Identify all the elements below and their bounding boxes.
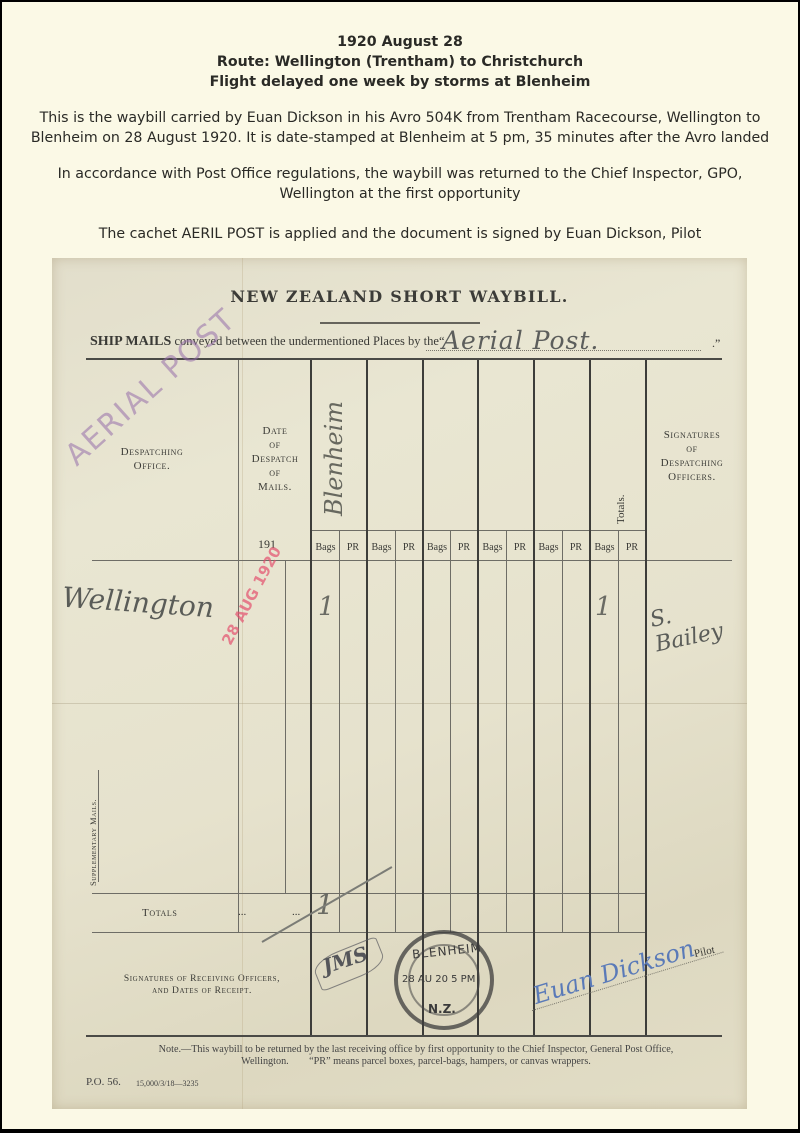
subheader-bags-5: Bags bbox=[535, 542, 562, 553]
totals-dots-1: ... bbox=[238, 906, 246, 918]
entry-office-handwritten: Wellington bbox=[61, 581, 215, 625]
caption-paragraph3: The cachet AERIL POST is applied and the… bbox=[2, 224, 798, 244]
bags-pr-divider-2 bbox=[395, 530, 396, 932]
bags-pr-divider-4 bbox=[506, 530, 507, 932]
postmark-date: 28 AU 20 5 PM bbox=[402, 974, 475, 985]
caption-date-heading: 1920 August 28 bbox=[2, 32, 798, 52]
blenheim-postmark: BLENHEIM 28 AU 20 5 PM N.Z. bbox=[394, 930, 494, 1030]
date-column-divider bbox=[285, 560, 286, 893]
date-column-left-rule bbox=[238, 360, 239, 933]
totals-top-rule bbox=[92, 893, 647, 894]
footer-note-line2: Wellington. “PR” means parcel boxes, par… bbox=[86, 1056, 746, 1068]
album-page: 1920 August 28 Route: Wellington (Trenth… bbox=[2, 2, 798, 1129]
initials-loop bbox=[311, 936, 388, 992]
group-rule-6 bbox=[589, 360, 591, 1035]
group-rule-1 bbox=[310, 360, 312, 1035]
subheader-bags-6: Bags bbox=[591, 542, 618, 553]
bags-pr-divider-3 bbox=[450, 530, 451, 932]
group-rule-2 bbox=[366, 360, 368, 1035]
waybill-title: NEW ZEALAND SHORT WAYBILL. bbox=[52, 287, 747, 306]
subheader-pr-3: PR bbox=[451, 542, 477, 553]
header-totals: Totals. bbox=[615, 495, 627, 524]
pilot-signature: Euan Dickson bbox=[530, 934, 698, 1010]
entry-blenheim-bags: 1 bbox=[318, 592, 335, 622]
caption-paragraph2-line1: In accordance with Post Office regulatio… bbox=[2, 164, 798, 184]
title-underline bbox=[320, 322, 480, 324]
header-signatures-despatching: Signatures of Despatching Officers. bbox=[647, 428, 737, 484]
entry-totals-bags: 1 bbox=[595, 592, 612, 622]
footer-note: Note.—This waybill to be returned by the… bbox=[86, 1044, 746, 1068]
totals-dots-2: ... bbox=[292, 906, 300, 918]
fold-crease bbox=[52, 703, 747, 704]
caption-delay-note: Flight delayed one week by storms at Ble… bbox=[2, 72, 798, 92]
subheader-pr-2: PR bbox=[396, 542, 422, 553]
subheader-pr-1: PR bbox=[340, 542, 366, 553]
destination-handwritten: Blenheim bbox=[320, 401, 348, 516]
totals-row-label: Totals bbox=[142, 906, 177, 920]
ship-mails-line: SHIP MAILS conveyed between the undermen… bbox=[90, 334, 445, 350]
form-number: P.O. 56. bbox=[86, 1076, 121, 1088]
subheader-pr-5: PR bbox=[563, 542, 589, 553]
header-bottom-rule bbox=[92, 560, 732, 561]
table-bottom-rule bbox=[86, 1035, 722, 1037]
subheader-bags-3: Bags bbox=[424, 542, 450, 553]
group-rule-5 bbox=[533, 360, 535, 1035]
subheader-bags-4: Bags bbox=[479, 542, 506, 553]
despatching-officer-signature: S. Bailey bbox=[648, 589, 747, 658]
subheader-pr-4: PR bbox=[507, 542, 533, 553]
footer-note-line1: Note.—This waybill to be returned by the… bbox=[86, 1044, 746, 1056]
caption-paragraph1-line2: Blenheim on 28 August 1920. It is date-s… bbox=[2, 128, 798, 148]
supplementary-bracket bbox=[98, 770, 99, 882]
postmark-country: N.Z. bbox=[428, 1002, 456, 1016]
header-date-of-despatch: Date of Despatch of Mails. bbox=[240, 424, 310, 494]
caption-paragraph1-line1: This is the waybill carried by Euan Dick… bbox=[2, 108, 798, 128]
ship-mails-label: SHIP MAILS bbox=[90, 334, 171, 349]
conveyance-dotted-rule bbox=[426, 350, 701, 351]
header-despatching-office: Despatching Office. bbox=[92, 445, 212, 473]
bags-pr-divider-5 bbox=[562, 530, 563, 932]
receiving-officers-label: Signatures of Receiving Officers, and Da… bbox=[102, 973, 302, 997]
bags-pr-divider-1 bbox=[339, 530, 340, 932]
subheader-pr-6: PR bbox=[619, 542, 645, 553]
print-code: 15,000/3/18—3235 bbox=[136, 1078, 198, 1090]
subheader-bags-2: Bags bbox=[368, 542, 395, 553]
caption-route: Route: Wellington (Trentham) to Christch… bbox=[2, 52, 798, 72]
subheader-bags-1: Bags bbox=[312, 542, 339, 553]
pilot-label: Pilot bbox=[693, 944, 716, 960]
waybill-document: NEW ZEALAND SHORT WAYBILL. SHIP MAILS co… bbox=[52, 258, 747, 1109]
group-rule-4 bbox=[477, 360, 479, 1035]
close-quote: .” bbox=[712, 336, 720, 351]
caption-paragraph2-line2: Wellington at the first opportunity bbox=[2, 184, 798, 204]
totals-bottom-rule bbox=[92, 932, 647, 933]
bags-pr-divider-6 bbox=[618, 530, 619, 932]
